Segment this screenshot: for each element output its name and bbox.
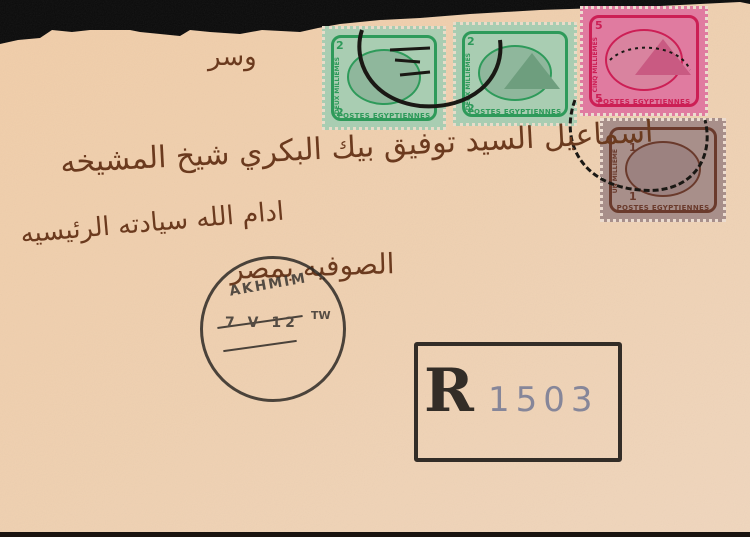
stamp-caption: POSTES EGYPTIENNES (325, 112, 443, 120)
address-top-note: وسر (208, 42, 257, 72)
stamp-side-text: CINQ MILLIEMES (592, 37, 599, 92)
registration-letter: R (424, 356, 474, 426)
stamp-value: 5 (595, 19, 603, 32)
stamp-5-milliemes: 5 5 CINQ MILLIEMES POSTES EGYPTIENNES (580, 6, 708, 116)
registration-box: R 1503 (414, 342, 622, 462)
stamp-caption: POSTES EGYPTIENNES (456, 108, 574, 116)
envelope-photo: 2 2 DEUX MILLIEMES POSTES EGYPTIENNES 2 … (0, 0, 750, 537)
stamp-caption: POSTES EGYPTIENNES (583, 98, 705, 106)
stamp-caption: POSTES EGYPTIENNES (603, 204, 723, 212)
stamp-2-milliemes-left: 2 2 DEUX MILLIEMES POSTES EGYPTIENNES (322, 26, 446, 130)
stamp-side-text: UN MILLIEME (612, 149, 619, 193)
akhmim-postmark: AKHMIM 7 V 12 TW (200, 256, 346, 402)
pyramid-icon (633, 37, 693, 77)
pyramid-icon (502, 51, 562, 91)
stamp-value: 2 (467, 35, 475, 48)
postmark-code: TW (311, 309, 331, 322)
postmark-town: AKHMIM (228, 270, 308, 299)
stamp-side-text: DEUX MILLIEMES (334, 57, 341, 114)
stamp-value: 2 (336, 39, 344, 52)
stamp-side-text: DEUX MILLIEMES (465, 53, 472, 110)
postmark-date: 7 V 12 (225, 315, 299, 331)
registration-number: 1503 (488, 380, 599, 420)
stamp-value: 1 (629, 190, 637, 203)
stamp-2-milliemes-right: 2 2 DEUX MILLIEMES POSTES EGYPTIENNES (453, 22, 577, 126)
